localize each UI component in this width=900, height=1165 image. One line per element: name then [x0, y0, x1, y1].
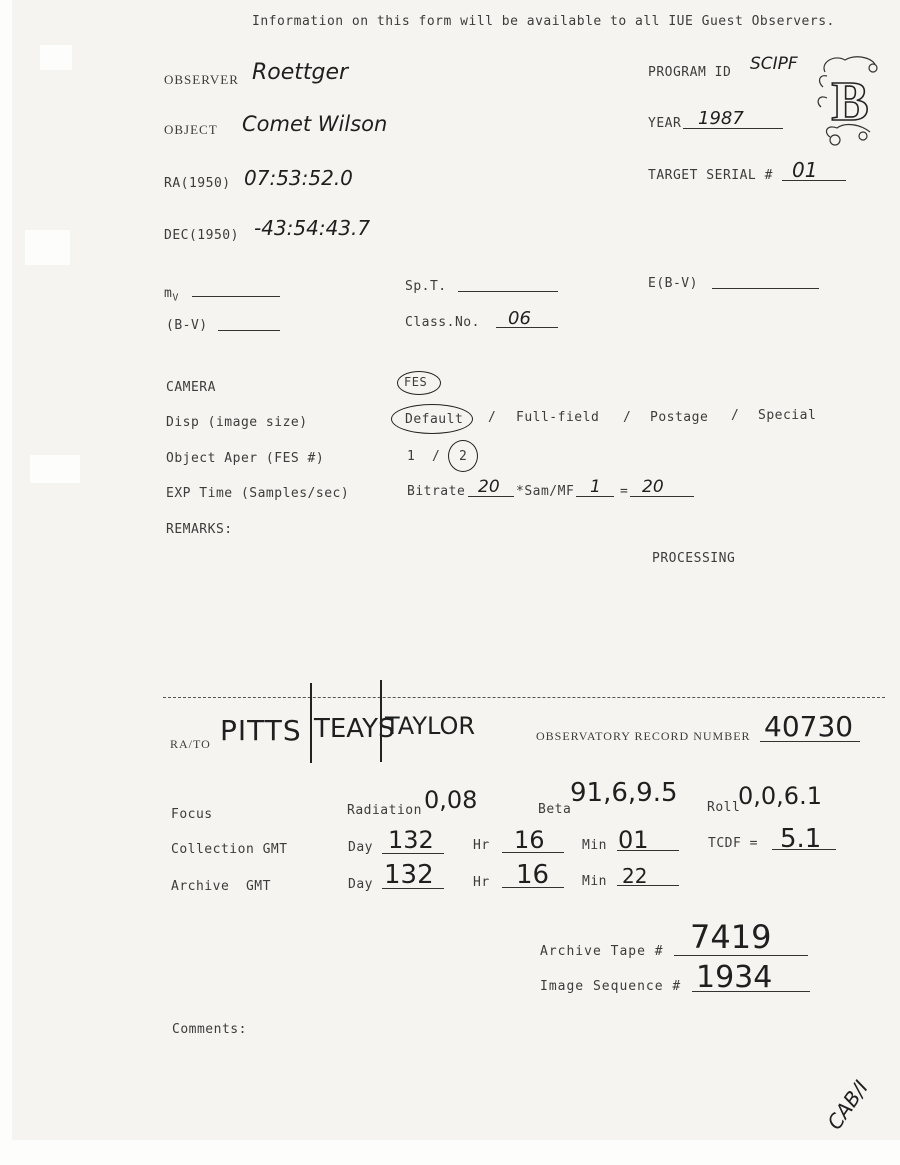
collection-gmt-label: Collection GMT [171, 842, 288, 857]
year-label: YEAR [648, 116, 681, 131]
ra-to-name-3[interactable]: TAYLOR [385, 712, 475, 740]
target-serial-value[interactable]: 01 [792, 158, 817, 182]
sam-value[interactable]: 1 [590, 477, 601, 497]
tcdf-label: TCDF = [708, 836, 758, 851]
disp-option-full-field[interactable]: Full-field [516, 410, 599, 425]
ra-to-name-2[interactable]: TEAYS [314, 714, 394, 744]
observer-label: OBSERVER [164, 72, 239, 88]
target-serial-label: TARGET SERIAL # [648, 168, 773, 183]
bv-field[interactable] [218, 330, 280, 331]
archive-tape-label: Archive Tape # [540, 944, 664, 959]
ebv-field[interactable] [712, 288, 819, 289]
ornamental-b-logo: B [815, 52, 885, 152]
camera-label: CAMERA [166, 380, 216, 395]
observer-value[interactable]: Roettger [252, 60, 348, 85]
processing-label: PROCESSING [652, 551, 735, 566]
header-notice: Information on this form will be availab… [252, 14, 835, 29]
archive-min-label: Min [582, 874, 607, 889]
svg-text:B: B [831, 71, 868, 133]
exp-label: EXP Time (Samples/sec) [166, 486, 349, 501]
disp-label: Disp (image size) [166, 415, 308, 430]
image-sequence-value[interactable]: 1934 [696, 960, 772, 995]
initials: CAB/I [822, 1076, 873, 1134]
ornamental-b-icon: B [815, 52, 885, 152]
archive-hr-value[interactable]: 16 [516, 860, 549, 890]
collection-min-label: Min [582, 838, 607, 853]
archive-gmt-label: Archive GMT [171, 879, 271, 894]
disp-separator: / [731, 408, 739, 423]
bv-label: (B-V) [166, 318, 208, 333]
archive-min-value[interactable]: 22 [622, 864, 647, 888]
ra-label: RA(1950) [164, 176, 231, 191]
ebv-label: E(B-V) [648, 276, 698, 291]
mv-label: mV [164, 286, 179, 304]
scan-artifact [0, 0, 12, 1165]
collection-day-label: Day [348, 840, 373, 855]
spt-label: Sp.T. [405, 279, 447, 294]
object-label: OBJECT [164, 122, 218, 138]
ra-to-separator [310, 683, 312, 763]
collection-hr-value[interactable]: 16 [514, 826, 545, 854]
aper-label: Object Aper (FES #) [166, 451, 324, 466]
radiation-label: Radiation [347, 803, 422, 818]
section-divider [163, 697, 885, 698]
comments-label: Comments: [172, 1022, 247, 1037]
bitrate-label: Bitrate [407, 484, 465, 499]
remarks-label: REMARKS: [166, 522, 233, 537]
disp-option-special[interactable]: Special [758, 408, 816, 423]
class-no-value[interactable]: 06 [508, 308, 531, 329]
scan-artifact [40, 45, 72, 70]
disp-option-default[interactable]: Default [405, 412, 463, 427]
form-page: Information on this form will be availab… [0, 0, 900, 1165]
focus-label: Focus [171, 807, 213, 822]
disp-separator: / [488, 410, 496, 425]
scan-artifact [30, 455, 80, 483]
collection-day-value[interactable]: 132 [388, 826, 434, 854]
roll-label: Roll [707, 800, 740, 815]
roll-value[interactable]: 0,0,6.1 [738, 782, 822, 810]
bitrate-value[interactable]: 20 [478, 477, 500, 497]
collection-min-value[interactable]: 01 [618, 826, 649, 854]
tcdf-value[interactable]: 5.1 [780, 824, 821, 854]
disp-separator: / [623, 410, 631, 425]
archive-hr-label: Hr [473, 875, 490, 890]
dec-label: DEC(1950) [164, 228, 239, 243]
image-sequence-label: Image Sequence # [540, 979, 681, 994]
aper-option-2[interactable]: 2 [459, 449, 467, 464]
record-number-value[interactable]: 40730 [764, 710, 853, 743]
ra-to-name-1[interactable]: PITTS [220, 714, 302, 747]
program-id-value[interactable]: SCIPF [750, 54, 798, 74]
dec-value[interactable]: -43:54:43.7 [254, 216, 370, 240]
ra-to-separator [380, 680, 382, 762]
spt-field[interactable] [458, 291, 558, 292]
collection-hr-label: Hr [473, 838, 490, 853]
beta-label: Beta [538, 802, 571, 817]
disp-option-postage[interactable]: Postage [650, 410, 708, 425]
radiation-value[interactable]: 0,08 [424, 786, 477, 814]
scan-artifact [0, 1140, 900, 1165]
scan-artifact [25, 230, 70, 265]
ra-value[interactable]: 07:53:52.0 [244, 166, 353, 190]
result-value[interactable]: 20 [642, 477, 664, 497]
record-number-label: OBSERVATORY RECORD NUMBER [536, 729, 751, 744]
object-value[interactable]: Comet Wilson [242, 112, 387, 136]
ra-to-label: RA/TO [170, 737, 211, 752]
mv-field[interactable] [192, 296, 280, 297]
aper-separator: / [432, 449, 440, 464]
sam-label: *Sam/MF [516, 484, 574, 499]
archive-day-label: Day [348, 877, 373, 892]
equals-sign: = [620, 484, 628, 499]
aper-option-1[interactable]: 1 [407, 449, 415, 464]
camera-value[interactable]: FES [404, 375, 427, 389]
archive-day-value[interactable]: 132 [384, 860, 434, 890]
archive-tape-value[interactable]: 7419 [690, 918, 771, 956]
year-value[interactable]: 1987 [698, 108, 744, 129]
beta-value[interactable]: 91,6,9.5 [570, 778, 678, 808]
class-no-label: Class.No. [405, 315, 480, 330]
program-id-label: PROGRAM ID [648, 65, 731, 80]
